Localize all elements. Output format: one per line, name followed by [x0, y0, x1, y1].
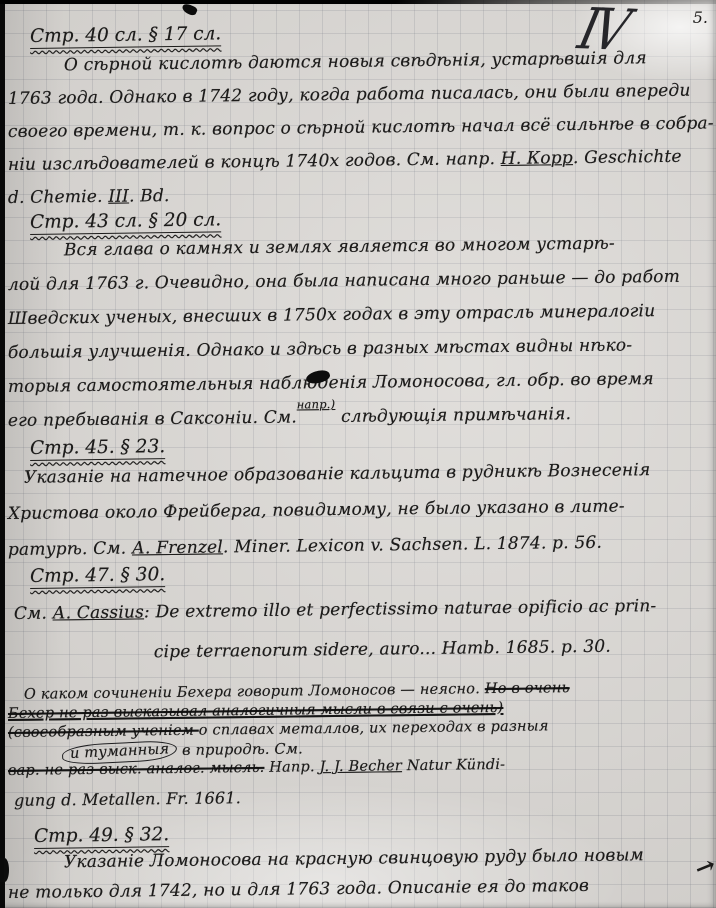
section-heading-text: Стр. 40 сл. § 17 сл.: [30, 23, 222, 49]
section-heading: Стр. 47. § 30.: [30, 564, 165, 587]
heading-wavy-underline: Стр. 43 сл. § 20 сл.: [30, 209, 222, 235]
text-segment: : De extremo illo et perfectissimo natur…: [144, 596, 657, 622]
text-segment: J. J. Becher: [319, 758, 402, 775]
section-heading: Стр. 45. § 23.: [30, 436, 165, 459]
manuscript-line: gung d. Metallen. Fr. 1661.: [8, 784, 570, 810]
section-heading: Стр. 43 сл. § 20 сл.: [30, 209, 221, 233]
struck-text: (своеобразным ученіем: [8, 723, 199, 741]
text-segment: cipe terraenorum sidere, auro... Hamb. 1…: [154, 637, 611, 663]
paragraph: Указаніе на натечное образованіе кальцит…: [8, 468, 651, 576]
text-segment: слѣдующія примѣчанія.: [335, 404, 571, 427]
text-segment: d. Chemie.: [8, 187, 109, 208]
text-segment: А. Frenzel: [132, 537, 223, 558]
struck-text: вар. не раз выск. аналог. мысль.: [8, 760, 265, 779]
paragraph: Вся глава о камнях и землях является во …: [8, 241, 680, 445]
heading-wavy-underline: Стр. 47. § 30.: [30, 564, 165, 589]
text-segment: См.: [14, 604, 53, 624]
text-segment: Н. Корр: [501, 148, 573, 169]
paragraph: Указаніе Ломоносова на красную свинцовую…: [8, 853, 644, 908]
text-segment: Вся глава о камнях и землях является во …: [64, 234, 615, 261]
section-heading-text: Стр. 49. § 32.: [34, 824, 169, 849]
heading-wavy-underline: Стр. 45. § 23.: [30, 436, 165, 461]
scan-artifact-blob: [0, 858, 9, 882]
text-segment: . Bd.: [129, 186, 170, 206]
heading-wavy-underline: Стр. 40 сл. § 17 сл.: [30, 23, 222, 49]
heading-wavy-underline: Стр. 49. § 32.: [34, 824, 169, 849]
text-segment: III: [108, 187, 129, 207]
text-segment: Напр.: [264, 759, 319, 776]
section-heading: Стр. 49. § 32.: [34, 824, 169, 847]
text-segment: в природѣ. См.: [177, 741, 303, 759]
page-number: 5.: [693, 8, 708, 27]
text-segment: О каком сочиненіи Бехера говорит Ломонос…: [24, 681, 485, 703]
text-segment: . Geschichte: [573, 147, 682, 168]
paragraph: О каком сочиненіи Бехера говорит Ломонос…: [8, 687, 570, 810]
section-heading: Стр. 40 сл. § 17 сл.: [30, 23, 221, 47]
section-heading-text: Стр. 45. § 23.: [30, 436, 165, 461]
manuscript: Стр. 40 сл. § 17 сл.О сѣрной кислотѣ даю…: [0, 0, 716, 908]
manuscript-page: Стр. 40 сл. § 17 сл.О сѣрной кислотѣ даю…: [0, 0, 716, 908]
struck-text: Но в очень: [485, 680, 570, 697]
manuscript-line: cipe terraenorum sidere, auro... Hamb. 1…: [14, 636, 657, 684]
interline-insertion: напр.): [297, 397, 336, 411]
section-heading-text: Стр. 47. § 30.: [30, 564, 165, 589]
text-segment: его пребыванія в Саксоніи. См.: [8, 407, 297, 431]
text-segment: О сѣрной кислотѣ даются новыя свѣдѣнія, …: [64, 48, 647, 75]
text-segment: Natur Kündi-: [402, 757, 505, 774]
text-segment: gung d. Metallen. Fr. 1661.: [14, 788, 241, 810]
paragraph: См. А. Cassius: De extremo illo et perfe…: [14, 604, 657, 684]
text-segment: . Miner. Lexicon v. Sachsen. L. 1874. p.…: [223, 533, 602, 558]
text-segment: Указаніе Ломоносова на красную свинцовую…: [64, 845, 644, 872]
scan-border-left: [0, 0, 5, 908]
text-segment: Указаніе на натечное образованіе кальцит…: [24, 460, 651, 488]
paragraph: О сѣрной кислотѣ даются новыя свѣдѣнія, …: [8, 56, 714, 221]
section-heading-text: Стр. 43 сл. § 20 сл.: [30, 209, 222, 235]
text-segment: о сплавах металлов, их переходах в разны…: [199, 718, 549, 738]
text-segment: ратурѣ. См.: [8, 538, 132, 560]
text-segment: А. Cassius: [52, 602, 144, 623]
